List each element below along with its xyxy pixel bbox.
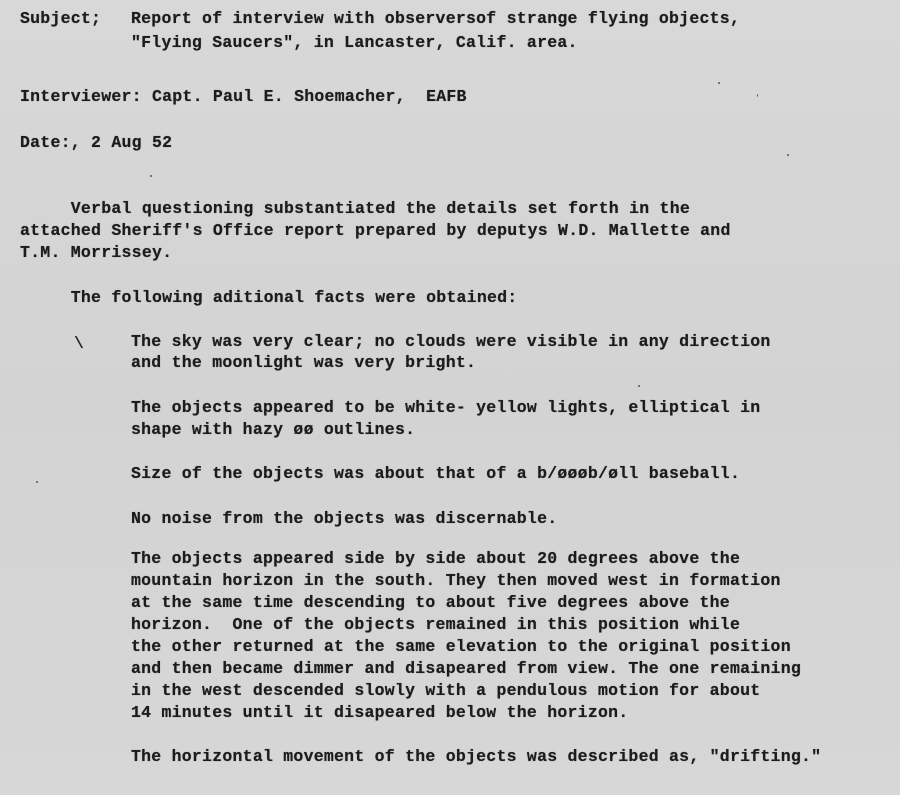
paper-speck — [787, 154, 789, 156]
intro-line-2: attached Sheriff's Office report prepare… — [20, 220, 731, 242]
document-page: Subject; Report of interview with observ… — [0, 0, 900, 795]
interviewer-line: Interviewer: Capt. Paul E. Shoemacher, E… — [20, 86, 467, 108]
fact-5-line-1: The objects appeared side by side about … — [131, 548, 740, 570]
fact-6-line-1: The horizontal movement of the objects w… — [131, 746, 821, 768]
fact-2-line-1: The objects appeared to be white- yellow… — [131, 397, 760, 419]
fact-2-line-2: shape with hazy øø outlines. — [131, 419, 415, 441]
subject-line-1: Report of interview with observersof str… — [131, 8, 740, 30]
fact-5-line-4: horizon. One of the objects remained in … — [131, 614, 740, 636]
date-line: Date:, 2 Aug 52 — [20, 132, 172, 154]
fact-5-line-6: and then became dimmer and disapeared fr… — [131, 658, 801, 680]
fact-5-line-7: in the west descended slowly with a pend… — [131, 680, 760, 702]
intro-line-3: T.M. Morrissey. — [20, 242, 172, 264]
intro-line-1: Verbal questioning substantiated the det… — [20, 198, 690, 220]
subject-line-2: "Flying Saucers", in Lancaster, Calif. a… — [131, 32, 578, 54]
fact-5-line-5: the other returned at the same elevation… — [131, 636, 791, 658]
paper-speck — [757, 94, 758, 97]
fact-1-line-1: The sky was very clear; no clouds were v… — [131, 331, 771, 353]
paper-speck — [36, 481, 38, 483]
fact-4-line-1: No noise from the objects was discernabl… — [131, 508, 557, 530]
fact-3-line-1: Size of the objects was about that of a … — [131, 463, 740, 485]
paper-speck — [150, 175, 152, 177]
subject-label: Subject; — [20, 8, 101, 30]
facts-intro: The following aditional facts were obtai… — [20, 287, 517, 309]
fact-5-line-8: 14 minutes until it disapeared below the… — [131, 702, 628, 724]
fact-5-line-2: mountain horizon in the south. They then… — [131, 570, 781, 592]
fact-5-line-3: at the same time descending to about fiv… — [131, 592, 730, 614]
paper-speck — [718, 82, 720, 84]
paper-speck — [638, 385, 640, 387]
fact-1-line-2: and the moonlight was very bright. — [131, 352, 476, 374]
margin-mark: \ — [74, 333, 84, 355]
